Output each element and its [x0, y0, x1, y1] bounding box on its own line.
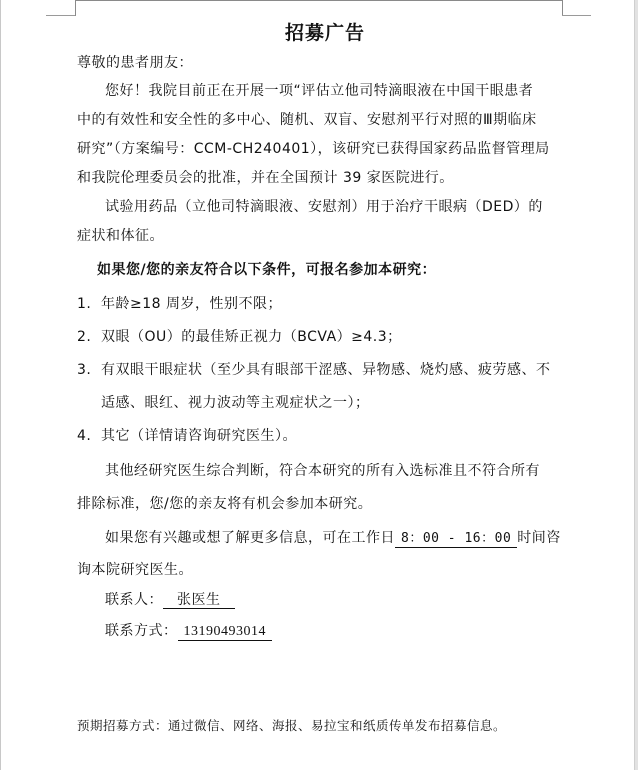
list-text: 双眼（OU）的最佳矫正视力（BCVA）≥4.3； — [101, 321, 402, 354]
intro-line: 您好！我院目前正在开展一项“评估立他司特滴眼液在中国干眼患者 — [77, 77, 567, 106]
greeting: 尊敬的患者朋友： — [77, 52, 567, 74]
criteria-item: 1. 年龄≥18 周岁，性别不限； — [77, 288, 567, 321]
consult-line: 如果您有兴趣或想了解更多信息，可在工作日8：00 - 16：00时间咨 — [77, 521, 567, 556]
consult-hours: 8：00 - 16：00 — [395, 531, 517, 548]
crop-mark-top-right-h — [562, 15, 591, 16]
criteria-item: 3. 有双眼干眼症状（至少具有眼部干涩感、异物感、烧灼感、疲劳感、不 — [77, 354, 567, 387]
list-number: 1. — [77, 288, 101, 321]
page-left-edge — [0, 0, 1, 770]
criteria-list: 1. 年龄≥18 周岁，性别不限； 2. 双眼（OU）的最佳矫正视力（BCVA）… — [77, 288, 567, 453]
intro-line: 和我院伦理委员会的批准，并在全国预计 39 家医院进行。 — [77, 164, 567, 193]
intro-paragraph: 您好！我院目前正在开展一项“评估立他司特滴眼液在中国干眼患者 中的有效性和安全性… — [77, 77, 567, 193]
intro-line: 研究”（方案编号：CCM-CH240401），该研究已获得国家药品监督管理局 — [77, 135, 567, 164]
list-text: 其它（详情请咨询研究医生）。 — [101, 420, 297, 453]
drug-line: 试验用药品（立他司特滴眼液、安慰剂）用于治疗干眼病（DED）的 — [77, 193, 567, 222]
judgment-line: 其他经研究医生综合判断，符合本研究的所有入选标准且不符合所有 — [77, 455, 567, 488]
judgment-paragraph: 其他经研究医生综合判断，符合本研究的所有入选标准且不符合所有 排除标准，您/您的… — [77, 455, 567, 521]
list-number: 2. — [77, 321, 101, 354]
judgment-line: 排除标准，您/您的亲友将有机会参加本研究。 — [77, 488, 567, 521]
criteria-item: 2. 双眼（OU）的最佳矫正视力（BCVA）≥4.3； — [77, 321, 567, 354]
consult-prefix: 如果您有兴趣或想了解更多信息，可在工作日 — [105, 530, 395, 546]
contact-phone-value: 13190493014 — [178, 624, 273, 641]
consult-paragraph: 如果您有兴趣或想了解更多信息，可在工作日8：00 - 16：00时间咨 询本院研… — [77, 521, 567, 585]
drug-line: 症状和体征。 — [77, 222, 567, 251]
header-margin-line — [75, 0, 562, 1]
contact-person-value: 张医生 — [163, 592, 235, 609]
crop-mark-top-left — [58, 0, 76, 16]
list-number: 4. — [77, 420, 101, 453]
crop-mark-top-left-h — [46, 15, 75, 16]
contact-phone: 联系方式：13190493014 — [77, 616, 567, 647]
document-body: 招募广告 尊敬的患者朋友： 您好！我院目前正在开展一项“评估立他司特滴眼液在中国… — [77, 20, 567, 735]
contact-person: 联系人：张医生 — [77, 585, 567, 616]
document-title: 招募广告 — [77, 20, 567, 46]
criteria-item: 4. 其它（详情请咨询研究医生）。 — [77, 420, 567, 453]
list-text: 有双眼干眼症状（至少具有眼部干涩感、异物感、烧灼感、疲劳感、不 — [101, 354, 551, 387]
consult-suffix: 时间咨 — [517, 530, 561, 546]
window-scrollbar-edge — [634, 0, 638, 770]
intro-line: 中的有效性和安全性的多中心、随机、双盲、安慰剂平行对照的Ⅲ期临床 — [77, 106, 567, 135]
consult-line: 询本院研究医生。 — [77, 556, 567, 585]
criteria-heading: 如果您/您的亲友符合以下条件，可报名参加本研究： — [77, 256, 567, 285]
recruitment-note: 预期招募方式：通过微信、网络、海报、易拉宝和纸质传单发布招募信息。 — [77, 717, 567, 735]
criteria-item-continuation: 适感、眼红、视力波动等主观症状之一）； — [77, 387, 567, 420]
list-text: 年龄≥18 周岁，性别不限； — [101, 288, 282, 321]
contact-person-label: 联系人： — [105, 592, 163, 608]
contact-phone-label: 联系方式： — [105, 623, 178, 639]
list-number: 3. — [77, 354, 101, 387]
drug-paragraph: 试验用药品（立他司特滴眼液、安慰剂）用于治疗干眼病（DED）的 症状和体征。 — [77, 193, 567, 251]
crop-mark-top-right — [562, 0, 580, 16]
